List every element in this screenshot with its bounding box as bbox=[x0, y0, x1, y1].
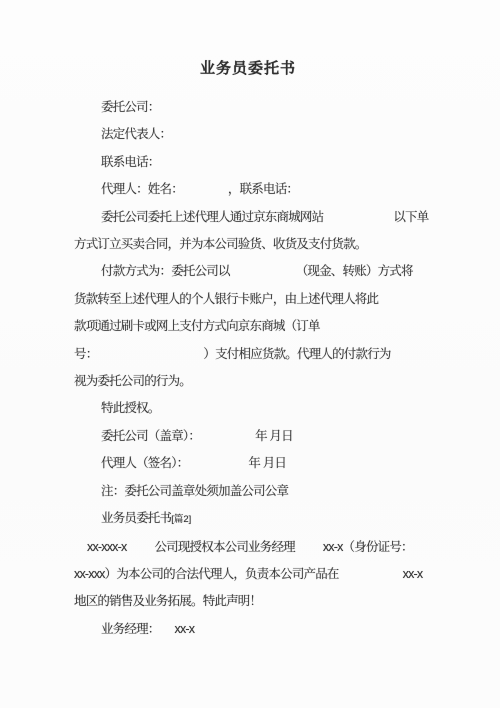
line-agent-name-phone: 代理人：姓名：，联系电话： bbox=[74, 176, 500, 203]
text-segment: 联系电话： bbox=[101, 155, 160, 169]
text-segment: 特此授权。 bbox=[101, 401, 160, 415]
text-segment: 视为委托公司的行为。 bbox=[74, 374, 191, 388]
text-segment: ，联系电话： bbox=[228, 182, 298, 196]
fill-in-blank bbox=[295, 550, 323, 551]
line-payment-method: 付款方式为：委托公司以（现金、转账）方式将 bbox=[74, 258, 500, 285]
line-payment-cont-2: 款项通过刷卡或网上支付方式向京东商城（订单 bbox=[74, 313, 500, 340]
fill-in-blank bbox=[323, 220, 393, 221]
text-segment: 法定代表人： bbox=[101, 127, 171, 141]
text-segment: xx-xxx-x bbox=[87, 540, 126, 554]
text-segment: 业务经理： bbox=[101, 622, 160, 636]
text-segment: 付款方式为：委托公司以 bbox=[101, 264, 230, 278]
text-segment: xx-x bbox=[403, 567, 423, 581]
text-segment: 货款转至上述代理人的个人银行卡账户，由上述代理人将此 bbox=[74, 292, 378, 306]
fill-in-blank bbox=[183, 192, 228, 193]
text-segment: 以下单 bbox=[393, 210, 428, 224]
text-segment: ）支付相应货款。代理人的付款行为 bbox=[203, 347, 390, 361]
fill-in-blank bbox=[200, 439, 255, 440]
text-segment: 方式订立买卖合同，并为本公司验货、收货及支付货款。 bbox=[74, 237, 367, 251]
line-order-number: 号：）支付相应货款。代理人的付款行为 bbox=[74, 341, 500, 368]
line-authorization-cont: 方式订立买卖合同，并为本公司验货、收货及支付货款。 bbox=[74, 231, 500, 258]
doc-title: 业务员委托书 bbox=[74, 58, 422, 80]
fill-in-blank bbox=[230, 274, 296, 275]
text-segment: 委托公司委托上述代理人通过京东商城网站 bbox=[101, 210, 323, 224]
text-segment: 委托公司： bbox=[101, 100, 160, 114]
line-note-seal: 注：委托公司盖章处须加盖公司公章 bbox=[74, 478, 500, 505]
text-segment: 注：委托公司盖章处须加盖公司公章 bbox=[101, 484, 288, 498]
line-authorization-intro: 委托公司委托上述代理人通过京东商城网站以下单 bbox=[74, 204, 500, 231]
document-page: 业务员委托书 委托公司： 法定代表人： 联系电话： 代理人：姓名：，联系电话： … bbox=[0, 0, 500, 708]
text-segment: 代理人：姓名： bbox=[101, 182, 183, 196]
text-segment: 业务员委托书 bbox=[101, 511, 171, 525]
text-segment: 公司现授权本公司业务经理 bbox=[154, 540, 294, 554]
line-sales-manager: 业务经理：xx-x bbox=[74, 616, 500, 643]
line-payment-cont-1: 货款转至上述代理人的个人银行卡账户，由上述代理人将此 bbox=[74, 286, 500, 313]
text-segment: xx-xxx）为本公司的合法代理人，负责本公司产品在 bbox=[74, 567, 339, 581]
fill-in-blank bbox=[97, 357, 203, 358]
fill-in-blank bbox=[339, 577, 403, 578]
line-deemed-act: 视为委托公司的行为。 bbox=[74, 368, 500, 395]
line-part2-cont-2: 地区的销售及业务拓展。特此声明！ bbox=[74, 588, 500, 615]
line-agent-sign-date: 代理人（签名）：年 月日 bbox=[74, 450, 500, 477]
text-segment: 款项通过刷卡或网上支付方式向京东商城（订单 bbox=[74, 319, 320, 333]
text-segment: 年 月日 bbox=[248, 456, 286, 470]
line-part2-heading: 业务员委托书[篇2] bbox=[74, 505, 500, 533]
line-entrusting-company: 委托公司： bbox=[74, 94, 500, 121]
line-hereby-authorize: 特此授权。 bbox=[74, 395, 500, 422]
fill-in-blank bbox=[160, 632, 175, 633]
text-segment: 号： bbox=[74, 347, 97, 361]
text-segment: xx-x（身份证号： bbox=[323, 540, 413, 554]
text-segment: 委托公司（盖章）： bbox=[101, 429, 200, 443]
line-part2-cont-1: xx-xxx）为本公司的合法代理人，负责本公司产品在xx-x bbox=[74, 561, 500, 588]
text-segment: （现金、转账）方式将 bbox=[296, 264, 413, 278]
text-segment: xx-x bbox=[175, 622, 195, 636]
fill-in-blank bbox=[188, 466, 248, 467]
line-company-seal-date: 委托公司（盖章）：年 月日 bbox=[74, 423, 500, 450]
line-legal-representative: 法定代表人： bbox=[74, 121, 500, 148]
line-contact-phone: 联系电话： bbox=[74, 149, 500, 176]
text-segment: 地区的销售及业务拓展。特此声明！ bbox=[74, 594, 261, 608]
text-segment: 代理人（签名）： bbox=[101, 456, 188, 470]
fill-in-blank bbox=[126, 550, 154, 551]
text-segment: 年 月日 bbox=[255, 429, 293, 443]
line-part2-authorization: xx-xxx-x公司现授权本公司业务经理xx-x（身份证号： bbox=[74, 534, 500, 561]
part2-tag: [篇2] bbox=[171, 514, 191, 525]
